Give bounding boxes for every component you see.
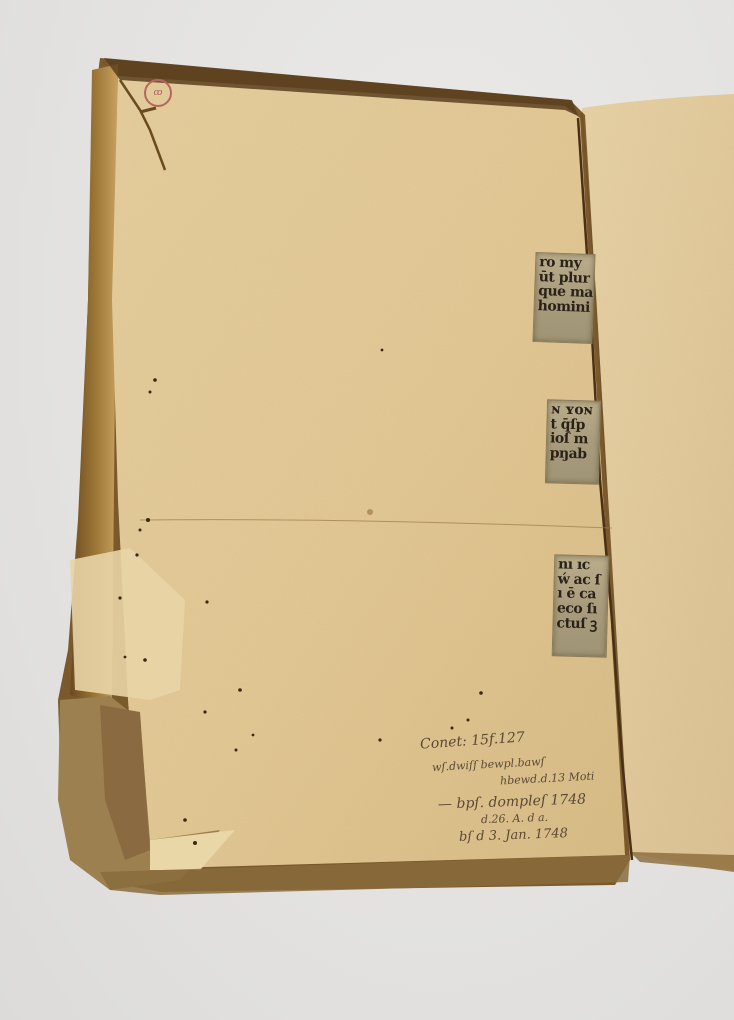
library-stamp: ꝏ (144, 79, 172, 107)
fragment-line: ctuſ ꝫ (556, 616, 603, 632)
fragment-line: pŋab (549, 446, 595, 462)
stamp-monogram: ꝏ (154, 88, 163, 98)
manuscript-fragment-1: ro my ūt plur que ma homini (532, 252, 595, 344)
handwritten-note-line-5: d.26. A. d a. (481, 811, 548, 826)
photo-scene: ꝏ ro my ūt plur que ma homini ɴ ʏᴏɴ t q̄… (0, 0, 734, 1020)
fragment-line: homini (537, 299, 589, 315)
manuscript-fragment-2: ɴ ʏᴏɴ t q̄ſp ioſ m pŋab (545, 399, 601, 484)
manuscript-fragment-3: nı ıc ẃ ac ſ ı ē ca eco ſı ctuſ ꝫ (552, 554, 610, 657)
book-illustration (0, 0, 734, 1020)
